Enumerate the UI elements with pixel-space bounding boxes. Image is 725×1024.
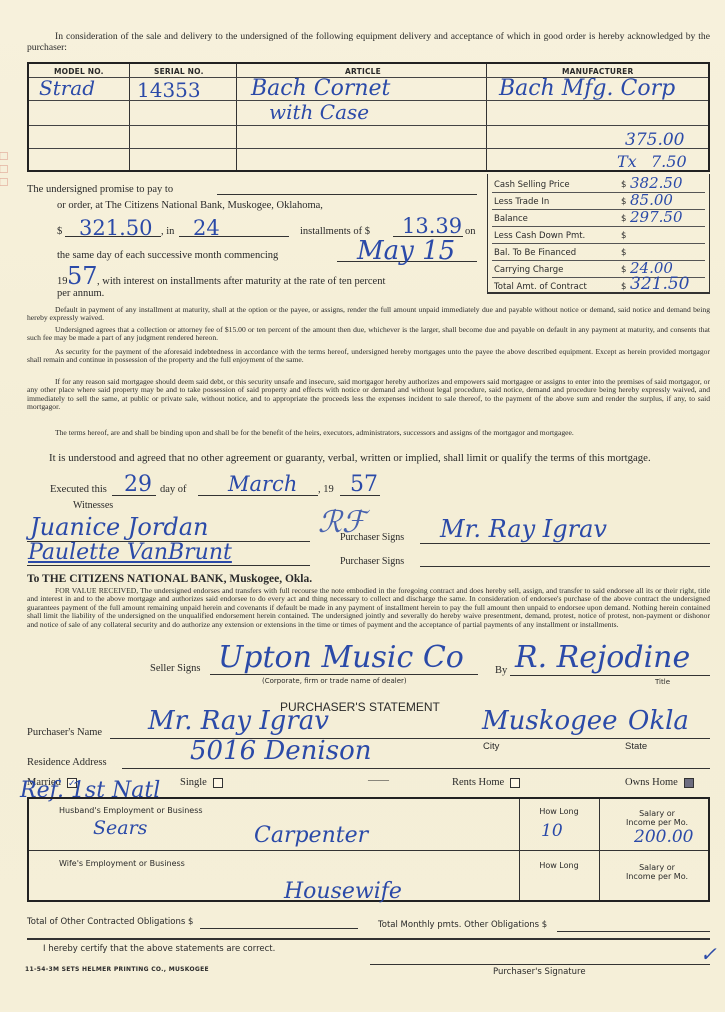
on-label: on [465,226,476,237]
clause-repossession: If for any reason said mortgagee should … [27,378,710,412]
finance-label: Total Amt. of Contract [494,282,587,292]
purchaser-signature-1[interactable]: Mr. Ray Igrav [440,515,607,543]
husband-employer-value[interactable]: Sears [93,817,147,839]
witness1-signature[interactable]: Juanice Jordan [30,513,208,541]
finance-label: Cash Selling Price [494,180,570,190]
purchaser-signature-field[interactable] [370,964,710,965]
margin-note-tax-label: Tx [617,152,637,171]
dollar-sign: $ [621,197,626,207]
owns-home-label: Owns Home [625,777,678,788]
husband-occupation-value[interactable]: Carpenter [254,823,368,848]
purchaser-signs-label-1: Purchaser Signs [340,532,404,543]
header-manufacturer: MANUFACTURER [562,67,634,76]
page-edge [0,1012,725,1024]
agreement-text: It is understood and agreed that no othe… [27,452,710,464]
employment-table: Husband's Employment or Business Sears C… [27,797,710,902]
salary-label-line1: Salary or [607,863,707,872]
year-prefix: , 19 [318,484,334,495]
equipment-table: MODEL NO. SERIAL NO. ARTICLE MANUFACTURE… [27,62,710,172]
single-checkbox[interactable] [213,778,223,788]
dollar-sign: $ [621,180,626,190]
salary-label-line2: Income per Mo. [607,818,707,827]
promise-line-2: or order, at The Citizens National Bank,… [57,200,323,211]
dollar-sign: $ [57,226,62,237]
executed-label: Executed this [50,484,107,495]
clause-security: As security for the payment of the afore… [27,348,710,365]
margin-note-price: 375.00 [625,130,684,150]
per-annum-text: per annum. [57,288,104,299]
header-model-no: MODEL NO. [54,67,104,76]
by-signature[interactable]: R. Rejodine [515,640,690,675]
separator-dash: —— [368,775,389,786]
serial-value[interactable]: 14353 [137,78,201,102]
total-contract-value[interactable]: 321.50 [630,274,689,294]
state-label: State [625,741,647,752]
purchaser-name-value[interactable]: Mr. Ray Igrav [148,706,329,736]
promise-line-4: the same day of each successive month co… [57,244,477,266]
trade-in-value[interactable]: 85.00 [630,191,673,209]
residence-address-label: Residence Address [27,757,107,768]
endorsement-heading: To THE CITIZENS NATIONAL BANK, Muskogee,… [27,573,312,585]
finance-summary-box: Cash Selling Price $ 382.50 Less Trade I… [487,174,710,294]
principal-amount[interactable]: 321.50 [79,216,152,240]
seller-signs-label: Seller Signs [150,663,200,674]
purchaser-signs-rule-1 [420,543,710,544]
husband-how-long-value[interactable]: 10 [541,821,563,841]
executed-year[interactable]: 57 [350,472,378,497]
column-divider [129,64,130,170]
finance-label: Balance [494,214,528,224]
promise-label: The undersigned promise to pay to [27,184,173,195]
finance-row-balance: Balance $ 297.50 [492,210,705,227]
finance-row-cash-price: Cash Selling Price $ 382.50 [492,176,705,193]
printer-imprint: 11-54-3M SETS HELMER PRINTING CO., MUSKO… [25,966,209,973]
promise-line-1: The undersigned promise to pay to [27,184,173,195]
executed-month[interactable]: March [228,472,297,496]
installment-amount[interactable]: 13.39 [402,214,462,238]
purchaser-signs-rule-2[interactable] [420,566,710,567]
manufacturer-value[interactable]: Bach Mfg. Corp [499,76,675,101]
rents-home-label: Rents Home [452,777,504,788]
model-value[interactable]: Strad [39,76,95,100]
commencing-year[interactable]: 57 [67,262,98,290]
cash-selling-price-value[interactable]: 382.50 [630,174,683,192]
balance-value[interactable]: 297.50 [630,208,683,226]
dollar-sign: $ [621,265,626,275]
clause-binding: The terms hereof, are and shall be bindi… [27,429,710,437]
state-value[interactable]: Okla [628,706,689,736]
seller-sublabel: (Corporate, firm or trade name of dealer… [262,677,407,685]
purchaser-name-label: Purchaser's Name [27,727,102,738]
purchaser-signs-label-2: Purchaser Signs [340,556,404,567]
row-divider [29,125,708,126]
residence-address-rule [122,768,710,769]
dollar-sign: $ [621,214,626,224]
commencing-label: the same day of each successive month co… [57,250,278,261]
other-obligations-label: Total of Other Contracted Obligations $ [27,917,193,927]
owns-home-checkbox[interactable] [684,778,694,788]
witness2-rule [27,565,310,566]
finance-row-total: Total Amt. of Contract $ 321.50 [492,278,705,294]
wife-salary-label: Salary or Income per Mo. [607,863,707,881]
installments-count[interactable]: 24 [193,216,220,240]
dollar-sign: $ [621,231,626,241]
finance-label: Bal. To Be Financed [494,248,576,258]
wife-employment-label: Wife's Employment or Business [59,859,185,868]
clause-collection-fee: Undersigned agrees that a collection or … [27,326,710,343]
finance-row-financed: Bal. To Be Financed $ [492,244,705,261]
header-article: ARTICLE [345,67,381,76]
witnesses-label: Witnesses [73,500,113,511]
husband-salary-label: Salary or Income per Mo. [607,809,707,827]
header-serial-no: SERIAL NO. [154,67,204,76]
other-obligations-field[interactable] [200,928,358,929]
salary-label-line2: Income per Mo. [607,872,707,881]
by-label: By [495,665,507,676]
margin-note-tax: 7.50 [651,152,687,171]
salary-label-line1: Salary or [607,809,707,818]
finance-row-down-payment: Less Cash Down Pmt. $ [492,227,705,244]
title-label: Title [655,678,670,686]
seller-signature[interactable]: Upton Music Co [218,640,464,675]
witness2-signature[interactable]: Paulette VanBrunt [28,540,232,565]
clause-default: Default in payment of any installment at… [27,306,710,323]
husband-salary-value[interactable]: 200.00 [634,827,693,847]
article-value-line2[interactable]: with Case [269,100,369,124]
article-value[interactable]: Bach Cornet [251,76,390,101]
monthly-pmts-field[interactable] [557,931,710,932]
dollar-sign: $ [621,282,626,292]
wife-occupation-value[interactable]: Housewife [284,879,402,904]
monthly-pmts-label: Total Monthly pmts. Other Obligations $ [378,920,547,930]
purchaser-signature-label: Purchaser's Signature [493,967,586,977]
execution-line: Executed this 29 day of March , 19 57 [50,478,390,500]
owns-home-option[interactable]: Owns Home [625,777,694,788]
stamp-mark: ☐☐☐ [0,150,10,225]
wife-how-long-label: How Long [534,861,584,870]
certify-text: I hereby certify that the above statemen… [43,944,275,954]
year-prefix: 19 [57,276,68,287]
finance-label: Carrying Charge [494,265,563,275]
city-value[interactable]: Muskogee [482,706,618,736]
payee-field[interactable] [217,194,477,195]
dollar-sign: $ [621,248,626,258]
interest-text: , with interest on installments after ma… [97,276,385,287]
commencing-date[interactable]: May 15 [357,236,455,266]
row-divider [29,148,708,149]
husband-employment-label: Husband's Employment or Business [59,806,203,815]
single-label: Single [180,777,207,788]
endorsement-body: FOR VALUE RECEIVED, The undersigned endo… [27,587,710,629]
intro-text: In consideration of the sale and deliver… [27,31,710,53]
column-divider [486,64,487,170]
husband-how-long-label: How Long [534,807,584,816]
day-of-label: day of [160,484,187,495]
city-label: City [483,741,499,752]
column-divider [236,64,237,170]
rents-home-option[interactable]: Rents Home [452,777,520,788]
single-option[interactable]: Single [180,777,223,788]
in-label: , in [161,226,174,237]
by-rule [510,675,710,676]
executed-day[interactable]: 29 [124,472,152,497]
finance-label: Less Cash Down Pmt. [494,231,585,241]
rents-home-checkbox[interactable] [510,778,520,788]
divider [27,938,710,940]
finance-label: Less Trade In [494,197,549,207]
residence-address-value[interactable]: 5016 Denison [190,736,371,766]
row-divider [29,850,708,851]
check-mark-icon: ✓ [700,942,717,966]
